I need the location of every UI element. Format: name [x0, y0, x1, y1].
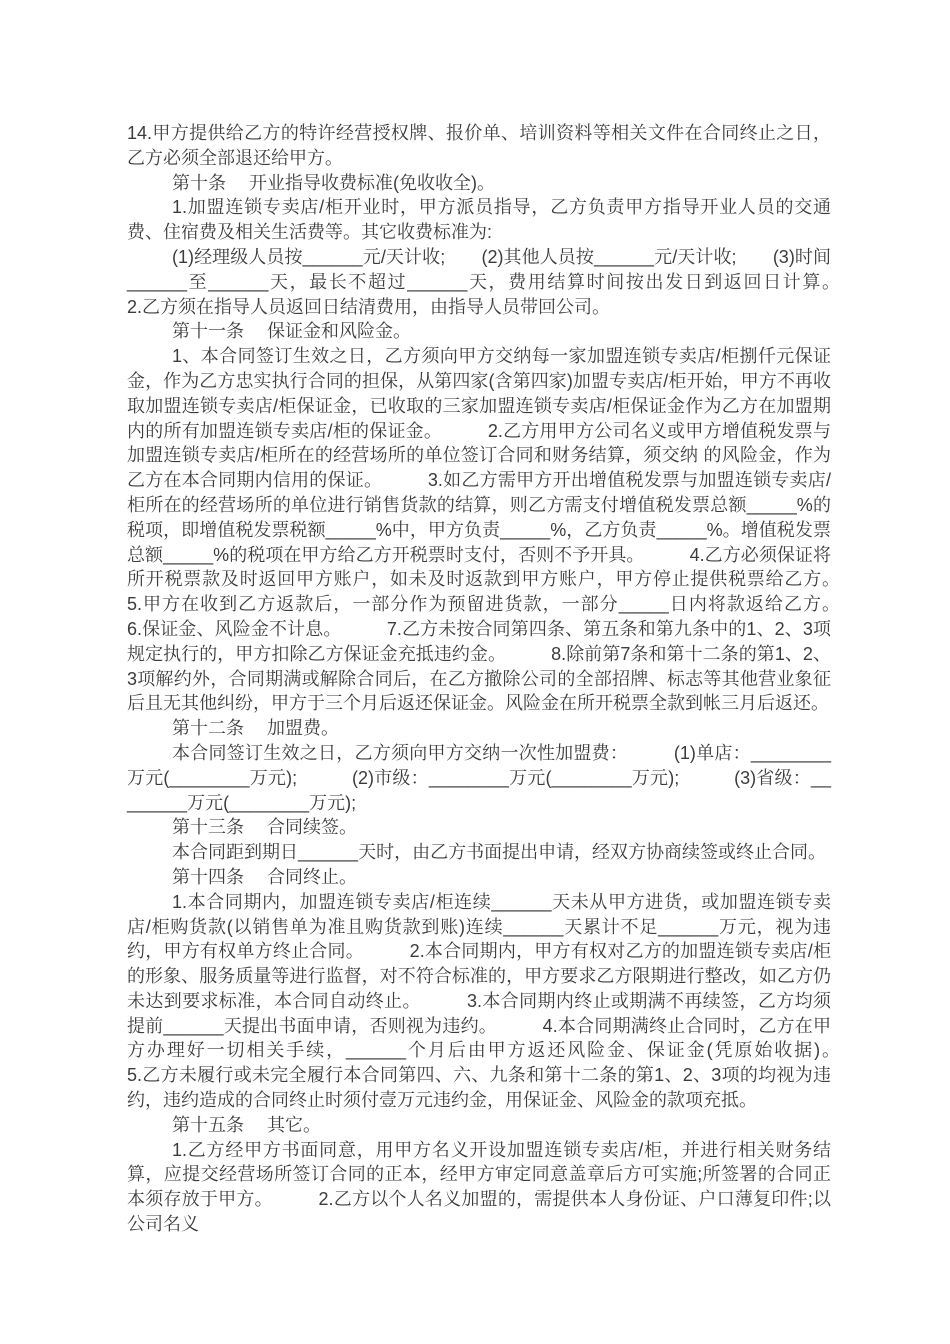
article-13-body: 本合同距到期日______天时，由乙方书面提出申请，经双方协商续签或终止合同。	[127, 840, 831, 865]
article-12-heading: 第十二条 加盟费。	[127, 716, 831, 741]
article-11-heading: 第十一条 保证金和风险金。	[127, 319, 831, 344]
article-10-item-1: 1.加盟连锁专卖店/柜开业时，甲方派员指导，乙方负责甲方指导开业人员的交通费、住…	[127, 195, 831, 245]
article-10-heading: 第十条 开业指导收费标准(免收收全)。	[127, 171, 831, 196]
contract-page: 14.甲方提供给乙方的特许经营授权牌、报价单、培训资料等相关文件在合同终止之日，…	[0, 0, 950, 1344]
contract-document: 14.甲方提供给乙方的特许经营授权牌、报价单、培训资料等相关文件在合同终止之日，…	[127, 121, 831, 1237]
article-11-items: 1、本合同签订生效之日，乙方须向甲方交纳每一家加盟连锁专卖店/柜捌仟元保证金，作…	[127, 344, 831, 716]
article-15-heading: 第十五条 其它。	[127, 1113, 831, 1138]
article-13-heading: 第十三条 合同续签。	[127, 815, 831, 840]
article-14-heading: 第十四条 合同终止。	[127, 865, 831, 890]
article-14-items: 1.本合同期内，加盟连锁专卖店/柜连续______天未从甲方进货，或加盟连锁专卖…	[127, 890, 831, 1113]
article-15-items: 1.乙方经甲方书面同意，用甲方名义开设加盟连锁专卖店/柜，并进行相关财务结算，应…	[127, 1138, 831, 1237]
clause-14-continuation: 14.甲方提供给乙方的特许经营授权牌、报价单、培训资料等相关文件在合同终止之日，…	[127, 121, 831, 171]
article-12-fee-items: 本合同签订生效之日，乙方须向甲方交纳一次性加盟费： (1)单店：________…	[127, 741, 831, 815]
article-10-fee-items: (1)经理级人员按______元/天计收; (2)其他人员按______元/天计…	[127, 245, 831, 319]
